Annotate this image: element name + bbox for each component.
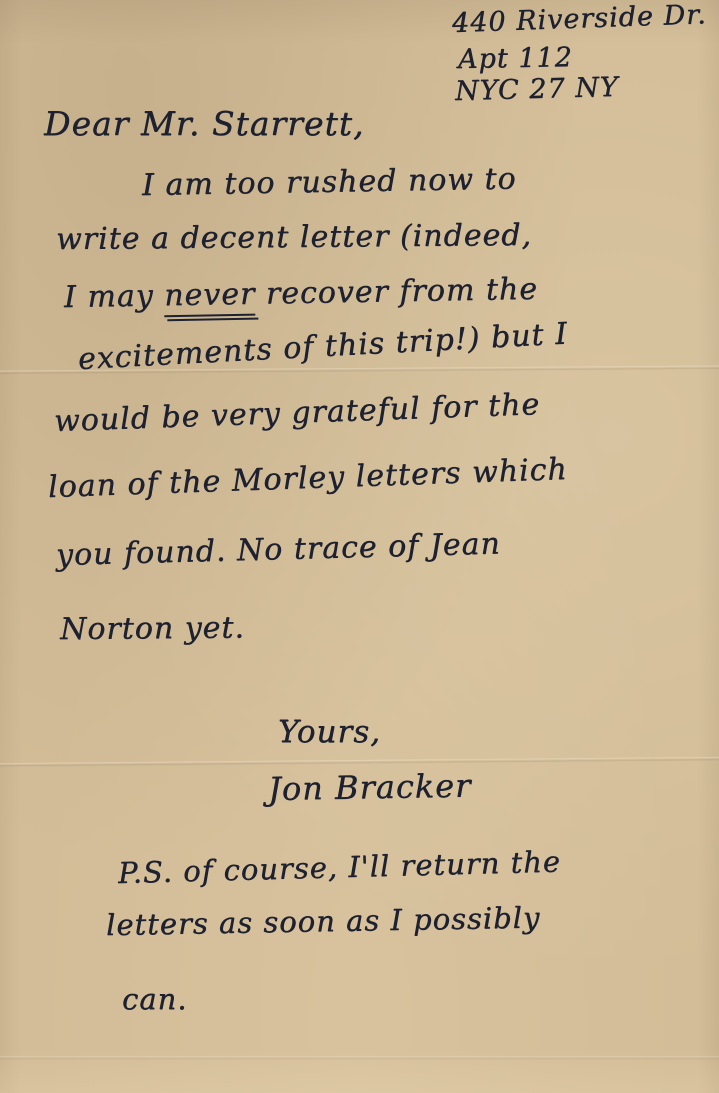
body-line-5: would be very grateful for the [53,387,540,439]
body-line-4: excitements of this trip!) but I [77,316,569,377]
return-address-line-2: Apt 112 [458,42,573,75]
return-address-line-1: 440 Riverside Dr. [451,0,707,39]
fold-crease [0,757,719,767]
body-line-1: I am too rushed now to [142,161,517,203]
body-line-3: I may never recover from the [64,272,539,319]
body-line-6: loan of the Morley letters which [47,452,568,505]
signature: Jon Bracker [268,766,472,808]
salutation: Dear Mr. Starrett, [44,104,364,143]
body-line-3-post: recover from the [255,272,538,312]
fold-crease [0,1056,719,1060]
body-line-2: write a decent letter (indeed, [56,218,532,257]
valediction: Yours, [278,714,381,750]
underlined-word-never: never [164,277,256,318]
postscript-line-3: can. [122,982,187,1016]
body-line-3-pre: I may [64,278,165,315]
return-address-line-3: NYC 27 NY [455,72,619,107]
postscript-line-1: P.S. of course, I'll return the [118,844,562,890]
body-line-7: you found. No trace of Jean [56,526,502,573]
postscript-line-2: letters as soon as I possibly [106,900,541,942]
handwritten-letter-page: 440 Riverside Dr. Apt 112 NYC 27 NY Dear… [0,0,719,1093]
body-line-8: Norton yet. [60,610,245,647]
